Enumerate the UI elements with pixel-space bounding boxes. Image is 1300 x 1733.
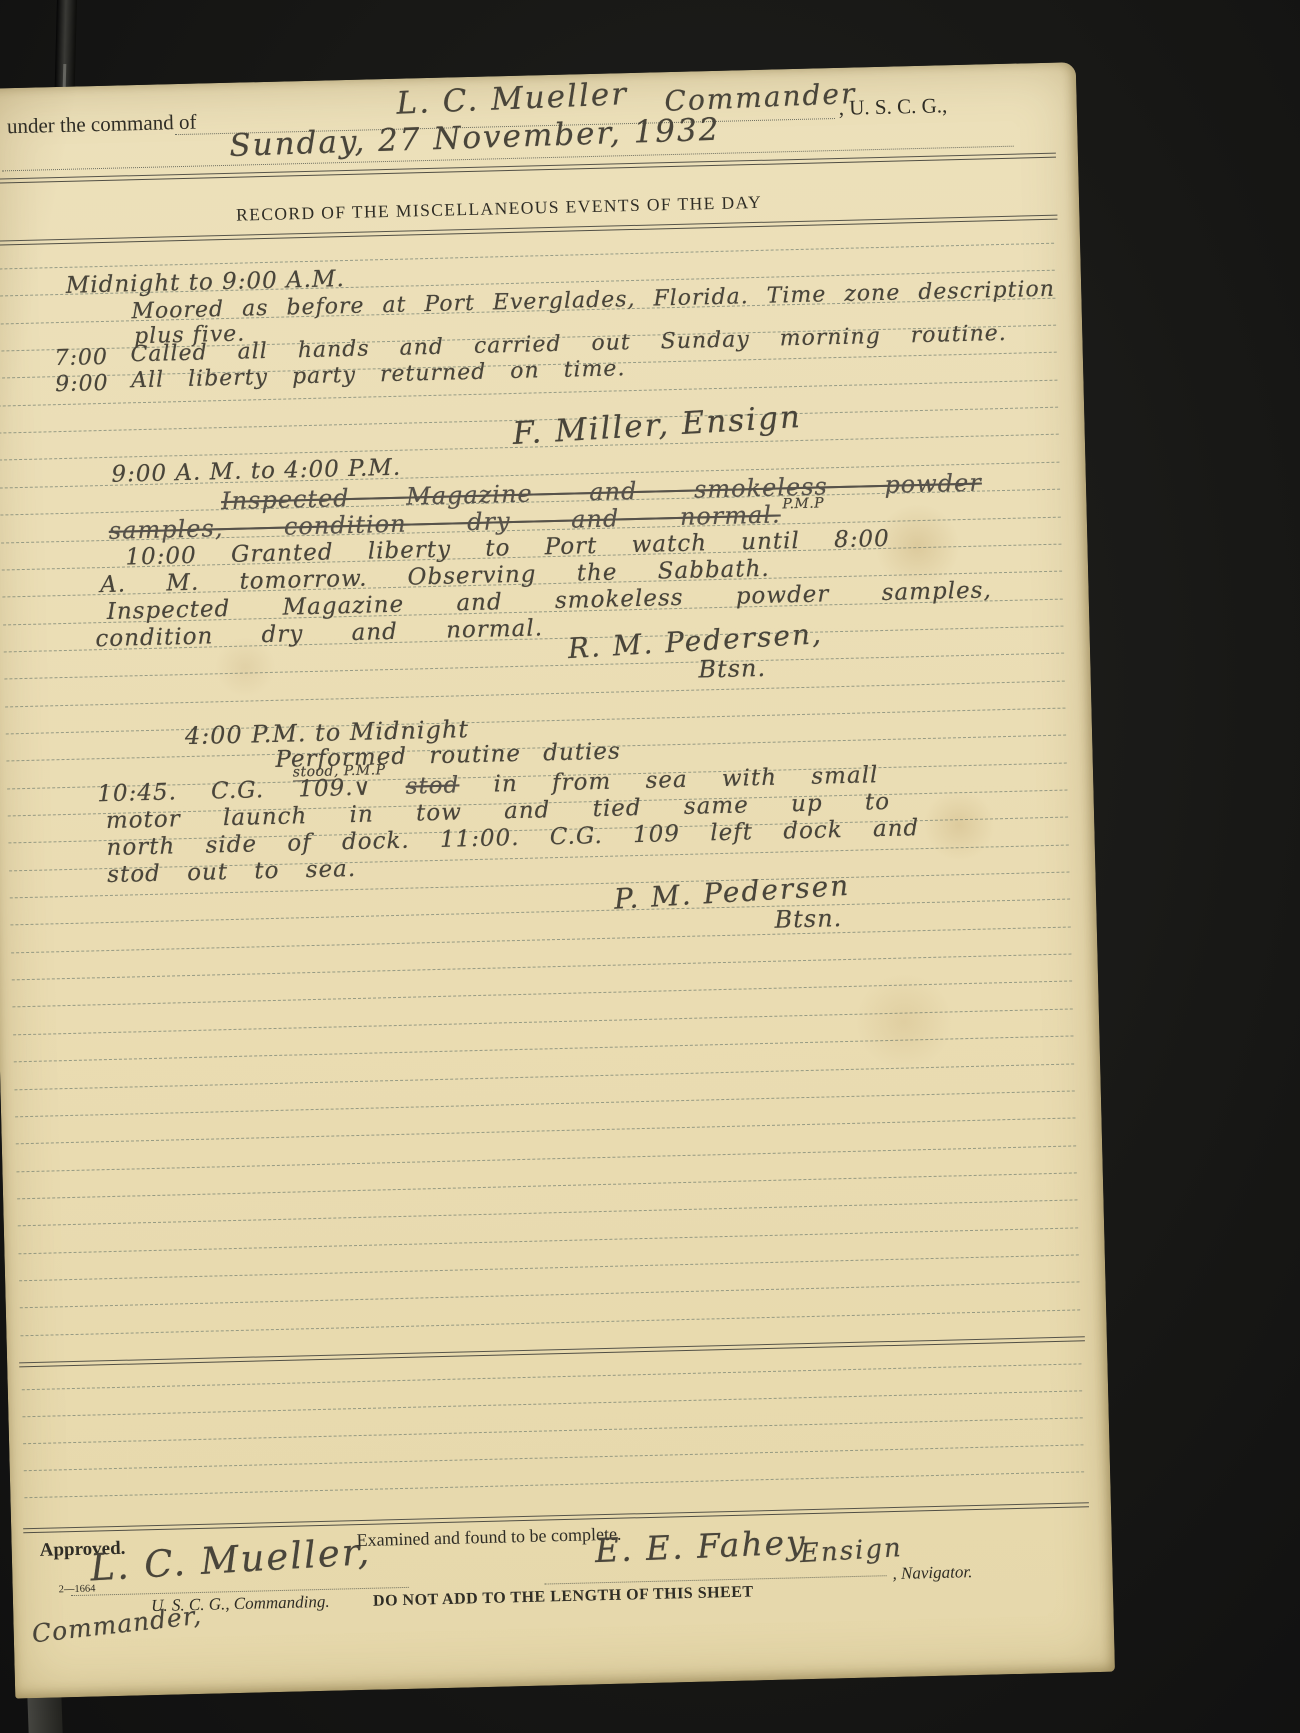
ruled-line <box>18 1199 1078 1226</box>
uscg-suffix: , U. S. C. G., <box>838 93 947 121</box>
ruled-line <box>20 1281 1080 1308</box>
watch2-correction-initials: P.M.P <box>782 496 824 511</box>
watch3-line4: stod out to sea. <box>107 858 356 887</box>
form-number: 2—1664 <box>59 1584 96 1596</box>
command-label: under the command of <box>7 110 197 140</box>
ruled-line <box>13 1008 1073 1035</box>
section-title: RECORD OF THE MISCELLANEOUS EVENTS OF TH… <box>0 186 1019 232</box>
ruled-line <box>16 1145 1076 1172</box>
ruled-line <box>4 653 1064 680</box>
examined-label: Examined and found to be complete. <box>356 1524 621 1551</box>
navigator-signature-line <box>545 1575 887 1584</box>
ruled-line <box>12 980 1072 1007</box>
ruled-line <box>15 1090 1075 1117</box>
commander-signature: L. C. Mueller <box>396 79 629 120</box>
navigator-rank-handwritten: Ensign <box>799 1535 903 1567</box>
watch2-heading: 9:00 A. M. to 4:00 P.M. <box>111 457 401 487</box>
approved-signature: L. C. Mueller, <box>89 1533 372 1587</box>
ruled-line <box>17 1172 1077 1199</box>
ruled-line <box>0 243 1054 270</box>
do-not-add-label: DO NOT ADD TO THE LENGTH OF THIS SHEET <box>373 1583 754 1610</box>
insertion-caret: ∨ <box>353 775 371 801</box>
scanned-logbook-photo: under the command of L. C. Mueller Comma… <box>0 0 1300 1733</box>
ruled-line <box>19 1254 1079 1281</box>
ruled-line <box>24 1471 1084 1498</box>
commander-rank-handwritten: Commander <box>664 80 857 116</box>
watch2-signature: R. M. Pedersen, <box>567 620 823 663</box>
approved-rank-handwritten: Commander, <box>31 1603 203 1647</box>
logbook-page: under the command of L. C. Mueller Comma… <box>0 62 1115 1698</box>
navigator-label: , Navigator. <box>892 1562 972 1584</box>
navigator-signature: E. E. Fahey <box>594 1525 807 1567</box>
ruled-line <box>24 1444 1084 1471</box>
watch1-time-0900: 9:00 <box>55 373 109 396</box>
ruled-line <box>14 1063 1074 1090</box>
ruled-line <box>11 927 1071 954</box>
ruled-line <box>10 899 1070 926</box>
ruled-line <box>18 1227 1078 1254</box>
ruled-line <box>20 1309 1080 1336</box>
watch1-signature: F. Miller, Ensign <box>512 402 803 450</box>
lower-double-rule <box>19 1336 1085 1367</box>
watch3-line1-struck: stod <box>405 772 459 799</box>
ruled-line <box>12 953 1072 980</box>
book-page-edges <box>27 1693 62 1733</box>
ruled-line <box>16 1117 1076 1144</box>
watch2-signature-title: Btsn. <box>698 656 766 682</box>
ruled-line <box>5 681 1065 708</box>
ruled-line <box>22 1390 1082 1417</box>
watch1-time-0700: 7:00 <box>54 347 108 370</box>
ruled-line <box>6 708 1066 735</box>
ruled-line <box>23 1417 1083 1444</box>
ruled-line <box>14 1035 1074 1062</box>
ruled-line <box>22 1363 1082 1390</box>
watch1-heading: Midnight to 9:00 A.M. <box>66 268 346 298</box>
watch3-signature-title: Btsn. <box>774 906 842 932</box>
